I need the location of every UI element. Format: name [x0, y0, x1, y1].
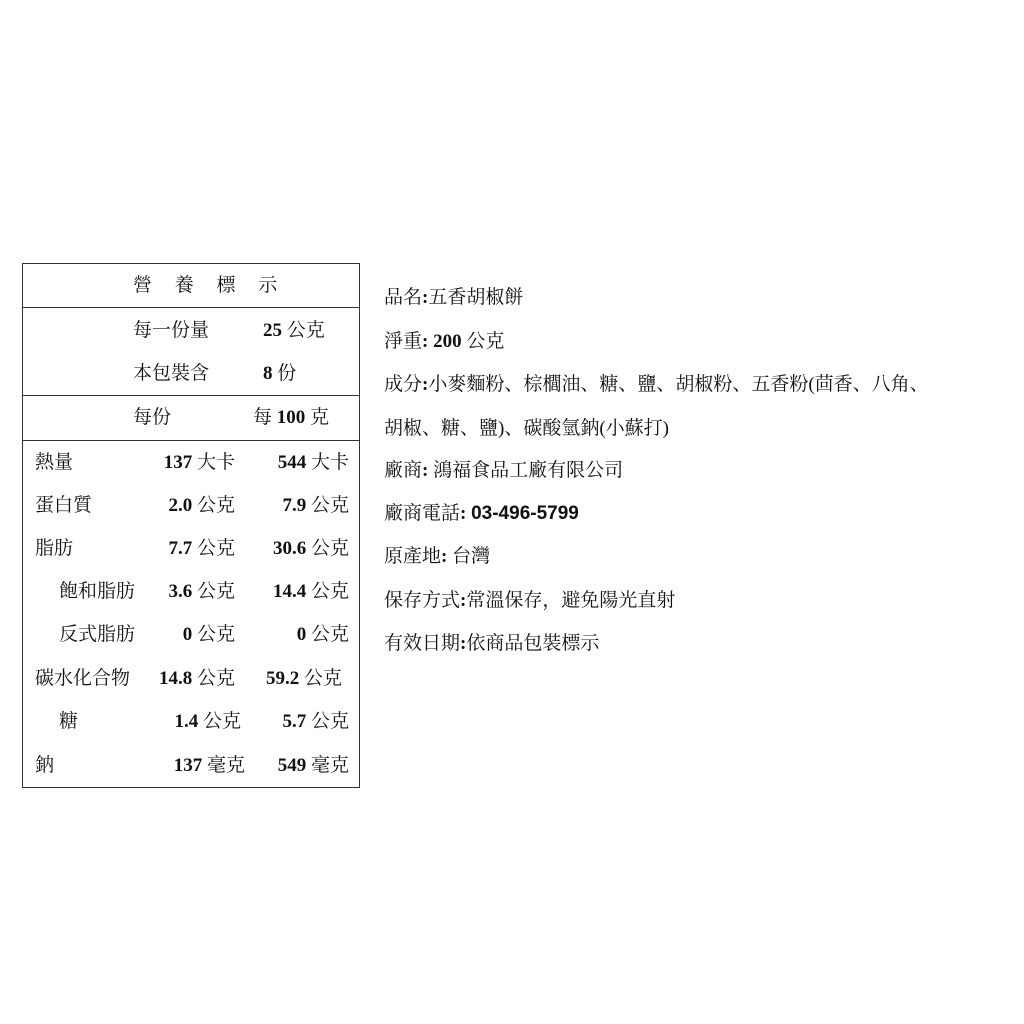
- value-unit: 公克: [197, 668, 235, 689]
- value-unit: 毫克: [207, 755, 245, 776]
- serving-size-number: 25: [263, 320, 282, 341]
- per-serving-value: 14.8 公克: [159, 668, 235, 690]
- colon: :: [441, 546, 447, 567]
- value-number: 14.8: [159, 668, 192, 689]
- origin-label: 原產地: [384, 546, 441, 567]
- nutrient-name: 熱量: [35, 452, 73, 474]
- nutrient-name: 飽和脂肪: [59, 581, 135, 603]
- value-unit: 公克: [304, 668, 342, 689]
- net-weight-label: 淨重: [384, 331, 422, 352]
- colon: :: [422, 460, 428, 481]
- phone-label: 廠商電話: [384, 503, 460, 524]
- value-number: 5.7: [282, 711, 306, 732]
- nutrition-facts-table: 營 養 標 示 每一份量 25 公克 本包裝含 8 份 每份 每 100 克 熱…: [22, 263, 360, 788]
- expiry-value: 依商品包裝標示: [466, 633, 599, 654]
- servings-value: 8 份: [263, 363, 296, 385]
- origin-value: 台灣: [452, 546, 490, 567]
- value-unit: 毫克: [311, 755, 349, 776]
- serving-size-unit: 公克: [287, 320, 325, 341]
- per-100-unit: 克: [310, 407, 329, 428]
- value-unit: 大卡: [311, 452, 349, 473]
- servings-number: 8: [263, 363, 273, 384]
- storage-value: 常溫保存，避免陽光直射: [466, 590, 675, 611]
- ingredients: 成分:小麥麵粉、棕櫚油、糖、鹽、胡椒粉、五香粉(茴香、八角、: [384, 374, 929, 396]
- value-number: 1.4: [174, 711, 198, 732]
- per-serving-value: 2.0 公克: [168, 495, 235, 517]
- value-number: 549: [278, 755, 307, 776]
- value-unit: 公克: [197, 538, 235, 559]
- manufacturer-value: 鴻福食品工廠有限公司: [433, 460, 623, 481]
- ingredients-line-1: 小麥麵粉、棕櫚油、糖、鹽、胡椒粉、五香粉(茴香、八角、: [428, 374, 928, 395]
- serving-size-value: 25 公克: [263, 320, 325, 342]
- per-100g-value: 14.4 公克: [273, 581, 349, 603]
- value-unit: 公克: [311, 581, 349, 602]
- per-serving-value: 1.4 公克: [174, 711, 241, 733]
- net-weight: 淨重: 200 公克: [384, 331, 504, 353]
- per-serving-value: 137 大卡: [164, 452, 235, 474]
- value-number: 137: [164, 452, 193, 473]
- per-100g-value: 0 公克: [297, 624, 349, 646]
- value-unit: 公克: [311, 538, 349, 559]
- nutrient-name: 鈉: [35, 755, 54, 777]
- value-number: 0: [183, 624, 193, 645]
- per-100g-value: 30.6 公克: [273, 538, 349, 560]
- expiry-label: 有效日期: [384, 633, 460, 654]
- per-100g-value: 59.2 公克: [266, 668, 342, 690]
- expiry-date: 有效日期:依商品包裝標示: [384, 633, 599, 655]
- value-number: 30.6: [273, 538, 306, 559]
- value-number: 544: [278, 452, 307, 473]
- value-unit: 公克: [311, 495, 349, 516]
- nutrient-name: 蛋白質: [35, 495, 92, 517]
- storage-label: 保存方式: [384, 590, 460, 611]
- manufacturer-phone: 廠商電話: 03-496-5799: [384, 503, 579, 525]
- value-number: 137: [174, 755, 203, 776]
- value-number: 14.4: [273, 581, 306, 602]
- servings-label: 本包裝含: [133, 363, 209, 385]
- value-number: 2.0: [168, 495, 192, 516]
- net-weight-number: 200: [433, 331, 462, 352]
- value-number: 7.7: [168, 538, 192, 559]
- phone-number: 03-496-5799: [471, 503, 579, 524]
- value-unit: 公克: [311, 711, 349, 732]
- nutrient-name: 脂肪: [35, 538, 73, 560]
- value-unit: 公克: [203, 711, 241, 732]
- per-100-prefix: 每: [253, 407, 272, 428]
- value-unit: 公克: [197, 495, 235, 516]
- per-serving-value: 0 公克: [183, 624, 235, 646]
- nutrient-name: 碳水化合物: [35, 668, 130, 690]
- per-100-number: 100: [277, 407, 306, 428]
- value-number: 3.6: [168, 581, 192, 602]
- per-serving-value: 137 毫克: [174, 755, 245, 777]
- product-name: 品名:五香胡椒餅: [384, 287, 523, 309]
- colon: :: [422, 331, 428, 352]
- serving-size-label: 每一份量: [133, 320, 209, 342]
- net-weight-unit: 公克: [466, 331, 504, 352]
- value-number: 0: [297, 624, 307, 645]
- value-unit: 公克: [311, 624, 349, 645]
- per-100g-value: 544 大卡: [278, 452, 349, 474]
- product-name-value: 五香胡椒餅: [428, 287, 523, 308]
- ingredients-line-2: 胡椒、糖、鹽)、碳酸氫鈉(小蘇打): [384, 418, 669, 439]
- manufacturer: 廠商: 鴻福食品工廠有限公司: [384, 460, 623, 482]
- nutrient-name: 反式脂肪: [59, 624, 135, 646]
- per-100g-value: 5.7 公克: [282, 711, 349, 733]
- colon: :: [460, 503, 466, 524]
- nutrient-name: 糖: [59, 711, 78, 733]
- nutrition-title: 營 養 標 示: [133, 275, 286, 297]
- storage-method: 保存方式:常溫保存，避免陽光直射: [384, 590, 675, 612]
- value-unit: 大卡: [197, 452, 235, 473]
- ingredients-continued: 胡椒、糖、鹽)、碳酸氫鈉(小蘇打): [384, 418, 669, 440]
- per-100g-value: 549 毫克: [278, 755, 349, 777]
- ingredients-label: 成分: [384, 374, 422, 395]
- product-name-label: 品名: [384, 287, 422, 308]
- value-number: 59.2: [266, 668, 299, 689]
- value-number: 7.9: [282, 495, 306, 516]
- servings-unit: 份: [277, 363, 296, 384]
- column-header-per-100g: 每 100 克: [253, 407, 329, 429]
- divider: [23, 395, 359, 396]
- value-unit: 公克: [197, 581, 235, 602]
- per-serving-value: 7.7 公克: [168, 538, 235, 560]
- per-serving-value: 3.6 公克: [168, 581, 235, 603]
- manufacturer-label: 廠商: [384, 460, 422, 481]
- divider: [23, 307, 359, 308]
- origin: 原產地: 台灣: [384, 546, 490, 568]
- value-unit: 公克: [197, 624, 235, 645]
- column-header-per-serving: 每份: [133, 407, 171, 429]
- per-100g-value: 7.9 公克: [282, 495, 349, 517]
- divider: [23, 440, 359, 441]
